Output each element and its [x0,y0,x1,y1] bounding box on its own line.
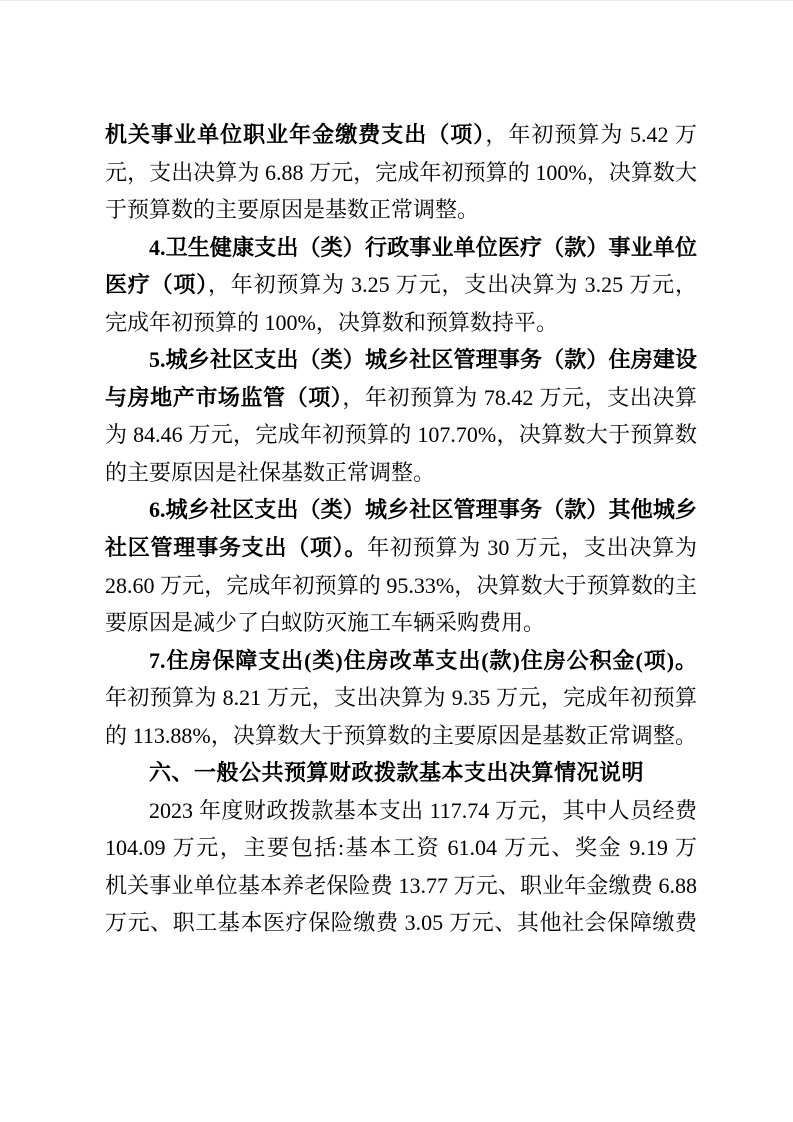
text-line: 28.60 万元，完成年初预算的 95.33%，决算数大于预算数的主 [105,567,697,605]
body-text: 的 113.88%，决算数大于预算数的主要原因是基数正常调整。 [105,723,697,748]
paragraph-item-6-community-other: 6.城乡社区支出（类）城乡社区管理事务（款）其他城乡 社区管理事务支出（项）。年… [105,491,697,641]
text-line: 的 113.88%，决算数大于预算数的主要原因是基数正常调整。 [105,717,697,755]
bold-item-title: 5.城乡社区支出（类）城乡社区管理事务（款）住房建设 [149,347,697,372]
body-text: 的主要原因是社保基数正常调整。 [105,460,435,485]
body-text: 28.60 万元，完成年初预算的 95.33%，决算数大于预算数的主 [105,573,697,598]
bold-item-title: 机关事业单位职业年金缴费支出（项） [105,122,485,147]
paragraph-item-5-community-housing: 5.城乡社区支出（类）城乡社区管理事务（款）住房建设 与房地产市场监管（项），年… [105,341,697,491]
body-text: 为 84.46 万元，完成年初预算的 107.70%，决算数大于预算数 [105,422,697,447]
body-text: 机关事业单位基本养老保险费 13.77 万元、职业年金缴费 6.88 [105,873,697,898]
body-text: 于预算数的主要原因是基数正常调整。 [105,197,479,222]
bold-item-title: 与房地产市场监管（项） [105,385,342,410]
text-line: 元，支出决算为 6.88 万元，完成年初预算的 100%，决算数大 [105,154,697,192]
body-text: ，年初预算为 5.42 万 [485,122,697,147]
body-text: 元，支出决算为 6.88 万元，完成年初预算的 100%，决算数大 [105,160,697,185]
body-text: 要原因是减少了白蚁防灭施工车辆采购费用。 [105,610,545,635]
paragraph-basic-expenditure-summary: 2023 年度财政拨款基本支出 117.74 万元，其中人员经费 104.09 … [105,792,697,942]
paragraph-annuity-contribution: 机关事业单位职业年金缴费支出（项），年初预算为 5.42 万 元，支出决算为 6… [105,116,697,229]
text-line: 5.城乡社区支出（类）城乡社区管理事务（款）住房建设 [105,341,697,379]
text-line: 年初预算为 8.21 万元，支出决算为 9.35 万元，完成年初预算 [105,679,697,717]
text-line: 要原因是减少了白蚁防灭施工车辆采购费用。 [105,604,697,642]
body-text: 年初预算为 8.21 万元，支出决算为 9.35 万元，完成年初预算 [105,685,697,710]
body-text: 104.09 万元，主要包括:基本工资 61.04 万元、奖金 9.19 万元、 [105,835,697,867]
bold-item-title: 6.城乡社区支出（类）城乡社区管理事务（款）其他城乡 [149,497,697,522]
text-line: 社区管理事务支出（项）。年初预算为 30 万元，支出决算为 [105,529,697,567]
text-line: 4.卫生健康支出（类）行政事业单位医疗（款）事业单位 [105,229,697,267]
bold-item-title: 4.卫生健康支出（类）行政事业单位医疗（款）事业单位 [149,235,697,260]
paragraph-item-4-health: 4.卫生健康支出（类）行政事业单位医疗（款）事业单位 医疗（项），年初预算为 3… [105,229,697,342]
document-body: 机关事业单位职业年金缴费支出（项），年初预算为 5.42 万 元，支出决算为 6… [105,116,697,942]
document-page: 机关事业单位职业年金缴费支出（项），年初预算为 5.42 万 元，支出决算为 6… [0,0,793,1122]
bold-item-title: 7.住房保障支出(类)住房改革支出(款)住房公积金(项)。 [149,648,697,673]
body-text: ，年初预算为 78.42 万元，支出决算 [342,385,697,410]
text-line: 为 84.46 万元，完成年初预算的 107.70%，决算数大于预算数 [105,416,697,454]
page-top-edge [0,0,793,1]
section-heading-6: 六、一般公共预算财政拨款基本支出决算情况说明 [105,754,697,792]
text-line: 机关事业单位基本养老保险费 13.77 万元、职业年金缴费 6.88 [105,867,697,905]
paragraph-item-7-housing-fund: 7.住房保障支出(类)住房改革支出(款)住房公积金(项)。 年初预算为 8.21… [105,642,697,755]
text-line: 与房地产市场监管（项），年初预算为 78.42 万元，支出决算 [105,379,697,417]
text-line: 2023 年度财政拨款基本支出 117.74 万元，其中人员经费 [105,792,697,830]
text-line: 完成年初预算的 100%，决算数和预算数持平。 [105,304,697,342]
body-text: ，年初预算为 3.25 万元，支出决算为 3.25 万元， [208,272,697,297]
text-line: 104.09 万元，主要包括:基本工资 61.04 万元、奖金 9.19 万元、 [105,829,697,867]
text-line: 6.城乡社区支出（类）城乡社区管理事务（款）其他城乡 [105,491,697,529]
section-heading-text: 六、一般公共预算财政拨款基本支出决算情况说明 [149,760,644,785]
body-text: 年初预算为 30 万元，支出决算为 [367,535,697,560]
body-text: 2023 年度财政拨款基本支出 117.74 万元，其中人员经费 [149,798,697,823]
text-line: 于预算数的主要原因是基数正常调整。 [105,191,697,229]
text-line: 医疗（项），年初预算为 3.25 万元，支出决算为 3.25 万元， [105,266,697,304]
bold-item-title: 社区管理事务支出（项）。 [105,535,367,560]
body-text: 万元、职工基本医疗保险缴费 3.05 万元、其他社会保障缴费 [105,910,697,935]
text-line: 7.住房保障支出(类)住房改革支出(款)住房公积金(项)。 [105,642,697,680]
text-line: 机关事业单位职业年金缴费支出（项），年初预算为 5.42 万 [105,116,697,154]
section-heading-line: 六、一般公共预算财政拨款基本支出决算情况说明 [105,754,697,792]
text-line: 的主要原因是社保基数正常调整。 [105,454,697,492]
text-line: 万元、职工基本医疗保险缴费 3.05 万元、其他社会保障缴费 [105,904,697,942]
bold-item-title: 医疗（项） [105,272,208,297]
body-text: 完成年初预算的 100%，决算数和预算数持平。 [105,310,558,335]
